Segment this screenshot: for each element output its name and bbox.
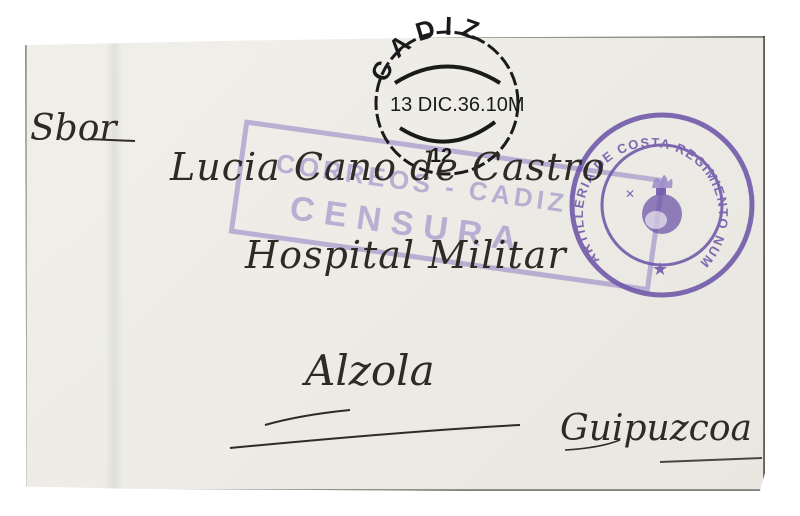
address-line2: Hospital Militar	[244, 233, 568, 277]
recipient-name: Lucia Cano de Castro	[169, 145, 605, 189]
address-province: Guipuzcoa	[560, 408, 752, 449]
star-icon: ★	[652, 259, 668, 280]
address-city: Alzola	[301, 346, 435, 395]
postmark-city: CADIZ	[364, 11, 490, 86]
grenade-icon	[642, 175, 682, 234]
cross-icon: ✕	[625, 187, 635, 201]
handwritten-address: Sbor Lucia Cano de Castro Hospital Milit…	[30, 108, 762, 462]
salutation: Sbor	[30, 108, 118, 149]
svg-text:CADIZ: CADIZ	[364, 11, 490, 86]
postmark-date: 13 DIC.36.10M	[390, 94, 525, 116]
envelope-markings: CORREOS - CADIZ CENSURA CADIZ 13 DIC.36.…	[0, 0, 800, 516]
